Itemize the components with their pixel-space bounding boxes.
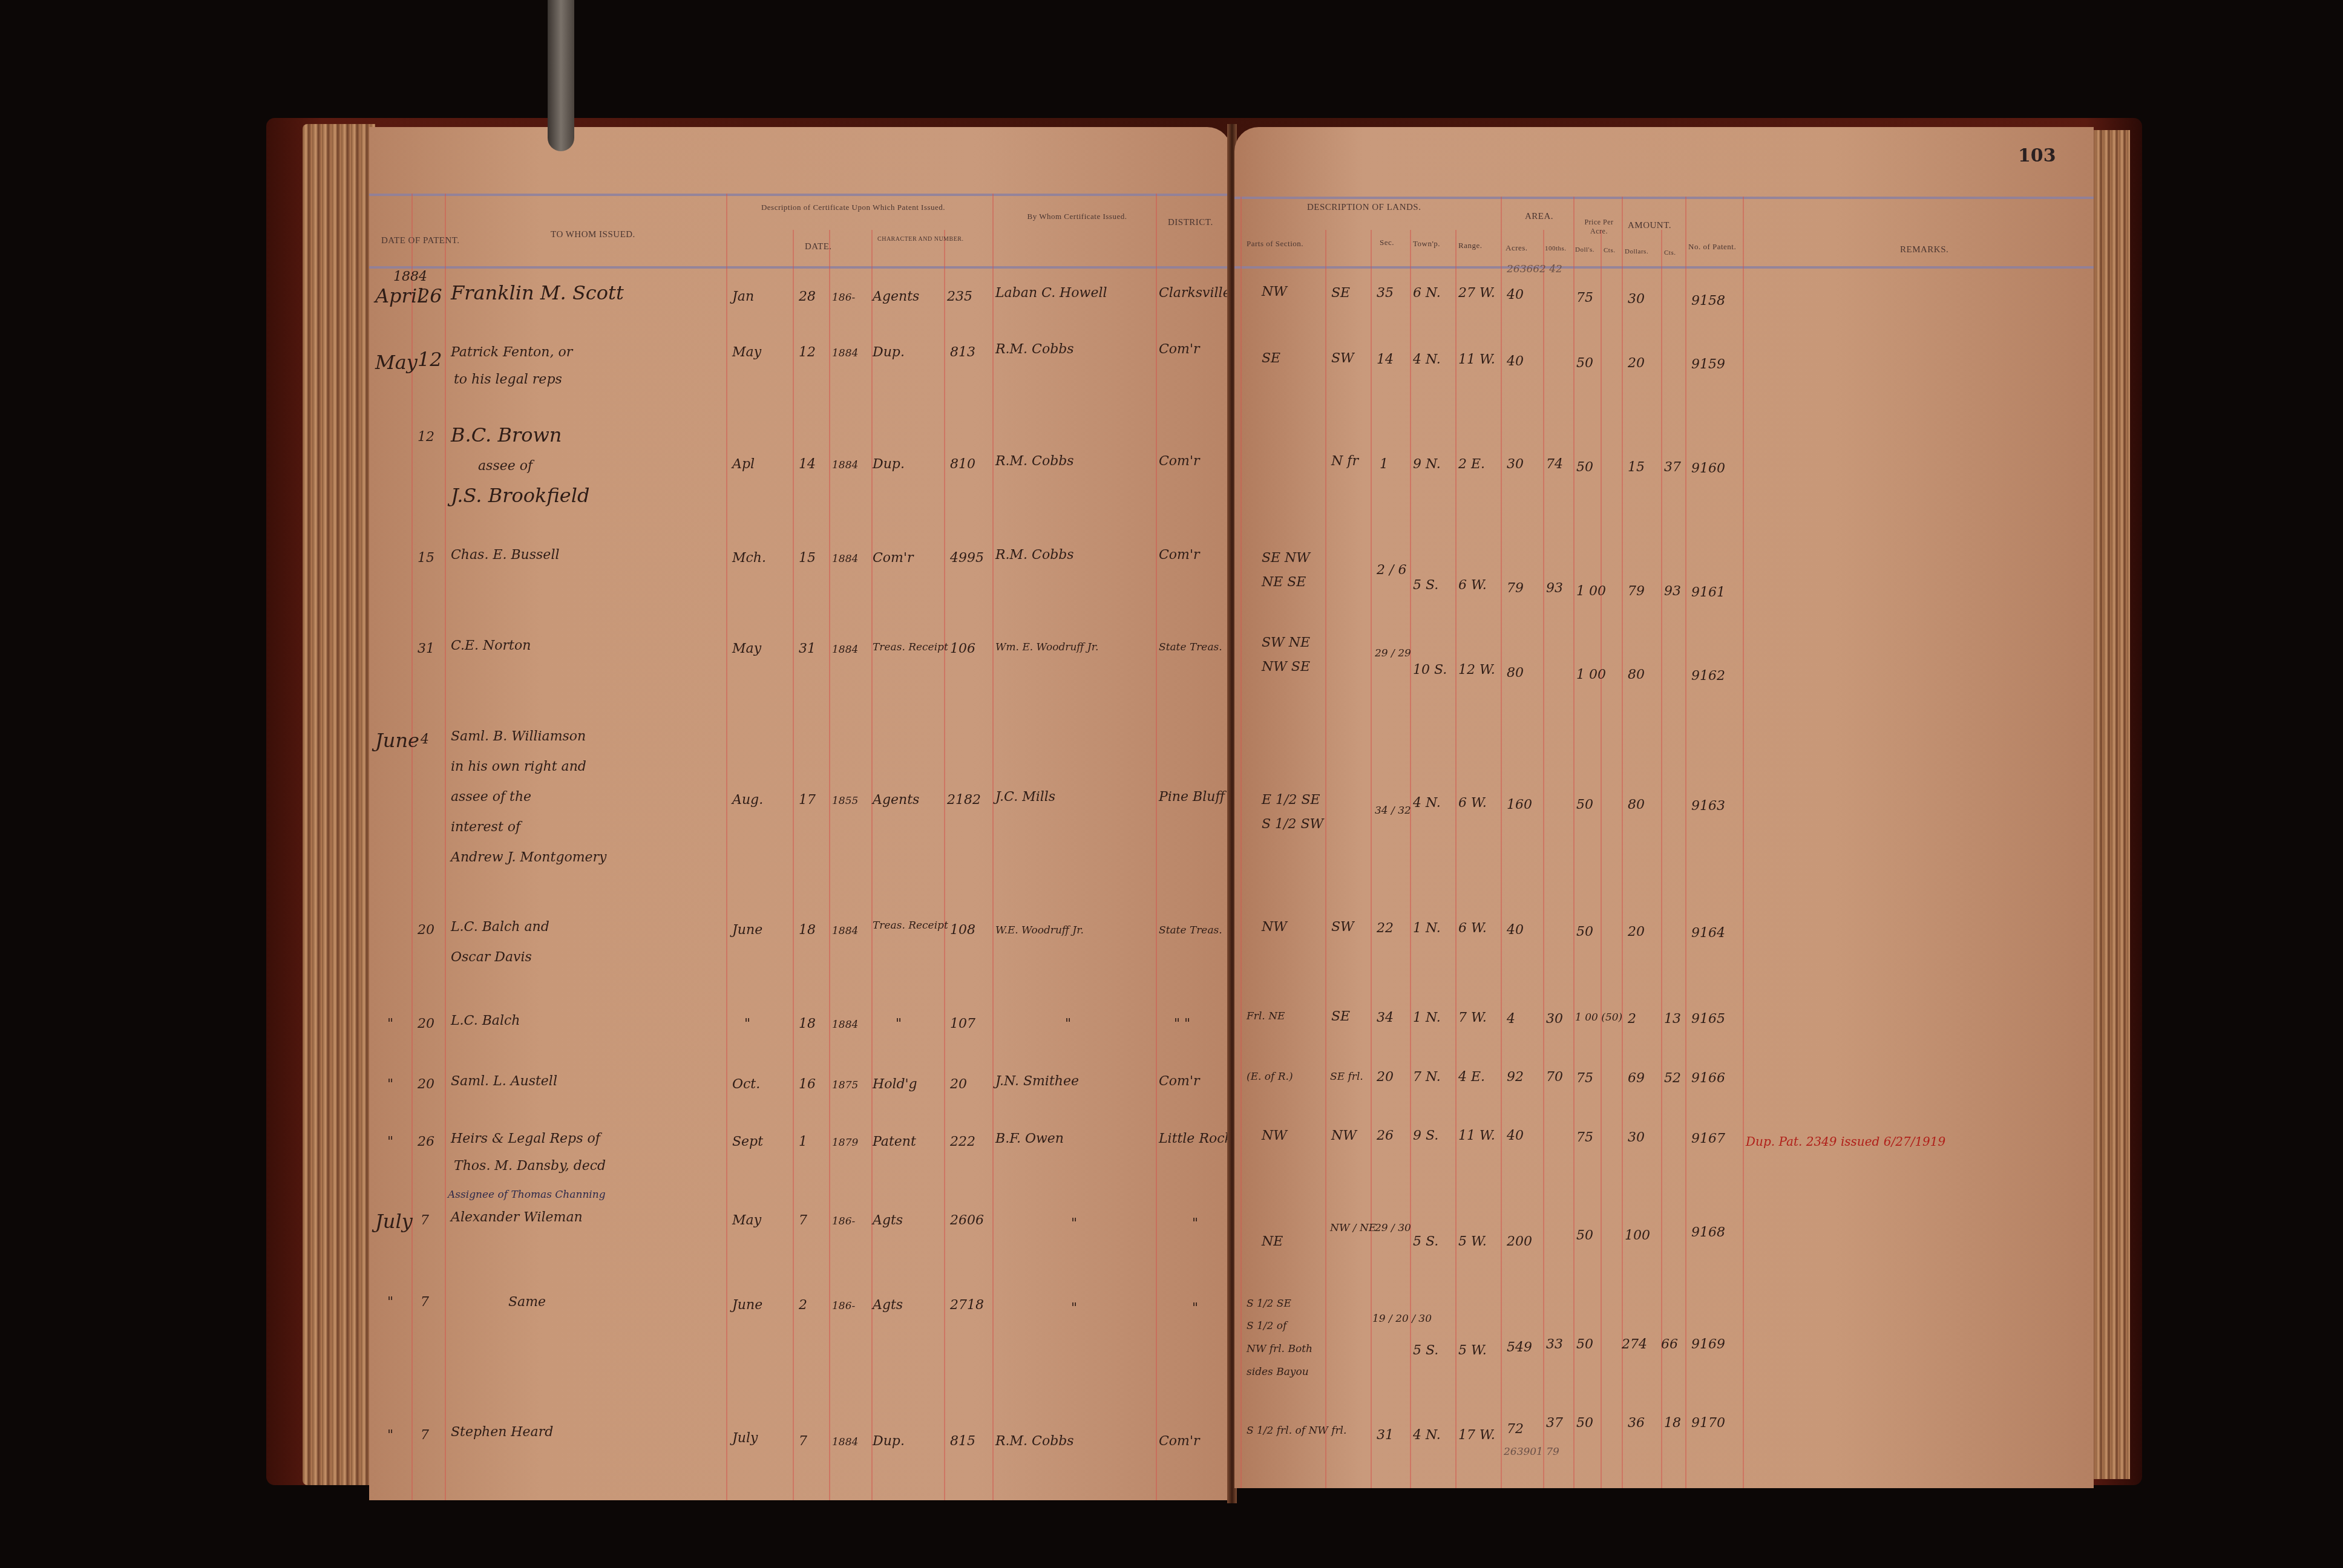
- entry-cert-month: May: [732, 641, 761, 656]
- entry-by-whom: R.M. Cobbs: [995, 454, 1074, 469]
- entry-cert-type: Treas. Receipt: [873, 641, 948, 653]
- col-rule: [1601, 230, 1602, 1488]
- entry-month: ": [387, 1077, 393, 1092]
- entry-by-whom: Wm. E. Woodruff Jr.: [995, 641, 1098, 653]
- entry-district: Com'r: [1159, 342, 1200, 357]
- entry-cert-no: 813: [950, 345, 975, 360]
- entry-cert-no: 2718: [950, 1298, 984, 1313]
- entry-range: 12 W.: [1458, 662, 1495, 678]
- entry-name-annotation: Assignee of Thomas Channing: [448, 1189, 606, 1201]
- header-price-cts: Cts.: [1604, 247, 1615, 254]
- left-page: DATE OF PATENT. TO WHOM ISSUED. Descript…: [369, 127, 1231, 1500]
- entry-acres: 160: [1507, 797, 1532, 812]
- header-top-rule: [1234, 197, 2094, 199]
- entry-name: Saml. L. Austell: [451, 1074, 557, 1089]
- entry-range: 4 E.: [1458, 1070, 1485, 1085]
- entry-price: 50: [1576, 460, 1593, 475]
- entry-hundredths: 93: [1546, 581, 1563, 596]
- entry-acres: 200: [1507, 1234, 1532, 1249]
- col-rule: [1325, 230, 1326, 1488]
- col-rule: [411, 194, 413, 1500]
- entry-day: 15: [418, 550, 434, 566]
- entry-cert-year: 1884: [832, 1019, 858, 1031]
- entry-cert-type: Agts: [873, 1213, 903, 1228]
- entry-sec: 34: [1377, 1010, 1394, 1025]
- entry-cert-day: 7: [799, 1213, 807, 1228]
- entry-amount-dollars: 30: [1628, 292, 1645, 307]
- year-label: 1884: [393, 269, 427, 284]
- entry-range: 6 W.: [1458, 578, 1487, 593]
- entry-township: 6 N.: [1413, 286, 1441, 301]
- entry-name: Franklin M. Scott: [451, 281, 624, 304]
- entry-acres: 92: [1507, 1070, 1524, 1085]
- entry-township: 4 N.: [1413, 1428, 1441, 1443]
- entry-cert-month: May: [732, 1213, 761, 1228]
- entry-name-line5: Andrew J. Montgomery: [451, 850, 607, 865]
- entry-part: NW: [1262, 920, 1287, 935]
- entry-cert-day: 15: [799, 550, 816, 566]
- entry-month: ": [387, 1295, 393, 1310]
- entry-part: sides Bayou: [1247, 1366, 1309, 1378]
- page-edges-left: [303, 124, 375, 1485]
- entry-district: Com'r: [1159, 1074, 1200, 1089]
- entry-sec: 34 / 32: [1375, 805, 1411, 817]
- entry-township: 1 N.: [1413, 1010, 1441, 1025]
- entry-cert-day: 31: [799, 641, 816, 656]
- entry-acres: 40: [1507, 923, 1524, 938]
- entry-cert-type: Agents: [873, 289, 919, 304]
- entry-name: Same: [508, 1295, 546, 1310]
- entry-cert-year: 1855: [832, 795, 858, 807]
- entry-acres: 40: [1507, 1128, 1524, 1143]
- entry-price: 50: [1576, 1228, 1593, 1243]
- entry-cert-year: 186-: [832, 292, 855, 304]
- entry-amount-dollars: 36: [1628, 1416, 1645, 1431]
- entry-hundredths: 70: [1546, 1070, 1563, 1085]
- entry-cert-type: Patent: [873, 1134, 916, 1149]
- entry-cert-type: Agts: [873, 1298, 903, 1313]
- entry-part: S 1/2 SW: [1262, 817, 1323, 832]
- header-bottom-rule: [369, 266, 1231, 269]
- entry-by-whom: ": [1065, 1016, 1071, 1031]
- entry-day: 20: [418, 923, 434, 938]
- entry-name: Alexander Wileman: [451, 1210, 583, 1225]
- entry-cert-no: 235: [947, 289, 972, 304]
- entry-remarks: Dup. Pat. 2349 issued 6/27/1919: [1746, 1134, 1945, 1149]
- entry-cert-month: June: [732, 1298, 762, 1313]
- entry-cert-day: 1: [799, 1134, 807, 1149]
- entry-acres: 80: [1507, 665, 1524, 681]
- entry-patent-no: 9170: [1691, 1416, 1725, 1431]
- entry-range: 6 W.: [1458, 921, 1487, 936]
- entry-name: Stephen Heard: [451, 1425, 553, 1440]
- entry-name-line2: Thos. M. Dansby, decd: [454, 1158, 606, 1174]
- entry-district: Com'r: [1159, 1434, 1200, 1449]
- entry-cert-year: 1875: [832, 1079, 858, 1091]
- entry-cert-year: 1884: [832, 553, 858, 565]
- entry-name: Chas. E. Bussell: [451, 547, 559, 563]
- running-total-bottom: 263901 79: [1504, 1446, 1559, 1458]
- entry-part: SE frl.: [1330, 1071, 1363, 1083]
- entry-hundredths: 33: [1546, 1337, 1563, 1352]
- entry-acres: 30: [1507, 457, 1524, 472]
- entry-part: NW: [1262, 1128, 1287, 1143]
- entry-cert-type: Dup.: [873, 345, 905, 360]
- col-rule: [944, 230, 945, 1500]
- entry-name-line4: interest of: [451, 820, 520, 835]
- entry-amount-dollars: 15: [1628, 460, 1645, 475]
- entry-township: 5 S.: [1413, 1343, 1438, 1358]
- header-date-of-patent: DATE OF PATENT.: [381, 236, 460, 246]
- entry-by-whom: J.N. Smithee: [995, 1074, 1079, 1089]
- entry-amount-dollars: 80: [1628, 797, 1645, 812]
- entry-part: NW / NE: [1330, 1222, 1376, 1234]
- entry-part: NW: [1331, 1128, 1357, 1143]
- entry-district: Little Rock: [1159, 1131, 1231, 1146]
- header-parts-of-section: Parts of Section.: [1247, 239, 1303, 249]
- col-rule: [1743, 197, 1744, 1488]
- entry-price: 1 00 (50): [1575, 1011, 1622, 1024]
- entry-range: 27 W.: [1458, 286, 1495, 301]
- entry-range: 5 W.: [1458, 1343, 1487, 1358]
- header-no-of-patent: No. of Patent.: [1688, 242, 1736, 252]
- entry-cert-year: 1884: [832, 644, 858, 656]
- header-area: AREA.: [1525, 212, 1553, 222]
- entry-part: SW: [1331, 920, 1354, 935]
- entry-part: S 1/2 of: [1247, 1320, 1286, 1332]
- col-rule: [1661, 230, 1662, 1488]
- entry-part: (E. of R.): [1247, 1071, 1293, 1083]
- entry-part: S 1/2 SE: [1247, 1298, 1291, 1310]
- entry-acres: 549: [1507, 1340, 1532, 1355]
- entry-acres: 40: [1507, 354, 1524, 369]
- entry-amount-cts: 18: [1664, 1416, 1681, 1431]
- entry-month: ": [387, 1134, 393, 1149]
- entry-price: 50: [1576, 1337, 1593, 1352]
- col-rule: [1156, 194, 1157, 1500]
- entry-part: SE NW: [1262, 550, 1310, 566]
- entry-cert-no: 20: [950, 1077, 967, 1092]
- header-remarks: REMARKS.: [1900, 245, 1948, 255]
- entry-amount-cts: 13: [1664, 1011, 1681, 1027]
- entry-patent-no: 9159: [1691, 357, 1725, 372]
- col-rule: [1543, 230, 1544, 1488]
- entry-part: NW frl. Both: [1247, 1343, 1312, 1355]
- entry-cert-type: ": [896, 1016, 902, 1031]
- entry-district: Com'r: [1159, 547, 1200, 563]
- header-acres: Acres.: [1506, 243, 1528, 253]
- entry-amount-dollars: 2: [1628, 1011, 1636, 1027]
- entry-township: 4 N.: [1413, 352, 1441, 367]
- entry-sec: 20: [1377, 1070, 1394, 1085]
- entry-township: 4 N.: [1413, 795, 1441, 811]
- entry-day: 12: [418, 430, 434, 445]
- entry-sec: 26: [1377, 1128, 1394, 1143]
- entry-amount-cts: 93: [1664, 584, 1681, 599]
- entry-patent-no: 9166: [1691, 1071, 1725, 1086]
- entry-by-whom: R.M. Cobbs: [995, 342, 1074, 357]
- entry-by-whom: Laban C. Howell: [995, 286, 1107, 301]
- entry-name: Heirs & Legal Reps of: [451, 1131, 600, 1146]
- entry-cert-day: 18: [799, 923, 816, 938]
- entry-cert-month: July: [732, 1431, 758, 1446]
- entry-range: 7 W.: [1458, 1010, 1487, 1025]
- col-rule: [1455, 230, 1457, 1488]
- bookmark-blade: [548, 0, 574, 151]
- entry-district: State Treas.: [1159, 641, 1222, 653]
- entry-price: 50: [1576, 797, 1593, 812]
- entry-price: 75: [1576, 1071, 1593, 1086]
- entry-price: 50: [1576, 356, 1593, 371]
- entry-name-line3: J.S. Brookfield: [451, 484, 589, 507]
- entry-acres: 72: [1507, 1422, 1524, 1437]
- entry-sec: 2 / 6: [1377, 563, 1406, 578]
- header-description-of-lands: DESCRIPTION OF LANDS.: [1307, 203, 1421, 213]
- entry-day: 31: [418, 641, 434, 656]
- header-township: Town'p.: [1413, 239, 1440, 249]
- col-rule: [445, 194, 446, 1500]
- col-rule: [1622, 197, 1623, 1488]
- entry-day: 26: [418, 284, 442, 307]
- header-range: Range.: [1458, 241, 1482, 250]
- entry-by-whom: J.C. Mills: [995, 789, 1055, 805]
- entry-patent-no: 9167: [1691, 1131, 1725, 1146]
- entry-cert-month: May: [732, 345, 761, 360]
- entry-range: 5 W.: [1458, 1234, 1487, 1249]
- header-cert-date: DATE.: [805, 242, 832, 252]
- entry-cert-day: 14: [799, 457, 816, 472]
- entry-amount-dollars: 274: [1622, 1337, 1647, 1352]
- entry-part: NW SE: [1262, 659, 1310, 675]
- entry-district: Clarksville: [1159, 286, 1231, 301]
- entry-cert-no: 815: [950, 1434, 975, 1449]
- entry-name: C.E. Norton: [451, 638, 531, 653]
- header-certificate-group: Description of Certificate Upon Which Pa…: [732, 203, 974, 212]
- entry-month: July: [375, 1210, 413, 1233]
- entry-sec: 19 / 20 / 30: [1372, 1313, 1432, 1325]
- col-rule: [829, 230, 830, 1500]
- entry-name-line3: assee of the: [451, 789, 531, 805]
- entry-cert-type: Agents: [873, 792, 919, 808]
- entry-amount-cts: 37: [1664, 460, 1681, 475]
- entry-amount-dollars: 80: [1628, 667, 1645, 682]
- entry-part: NE: [1262, 1234, 1283, 1249]
- entry-by-whom: W.E. Woodruff Jr.: [995, 924, 1084, 936]
- header-amount-dollars: Dollars.: [1625, 248, 1648, 255]
- col-rule: [1240, 197, 1242, 1488]
- entry-sec: 35: [1377, 286, 1394, 301]
- entry-part: SE: [1331, 1009, 1350, 1024]
- entry-price: 50: [1576, 1416, 1593, 1431]
- entry-by-whom: R.M. Cobbs: [995, 1434, 1074, 1449]
- entry-amount-dollars: 69: [1628, 1071, 1645, 1086]
- header-amount: AMOUNT.: [1628, 221, 1671, 231]
- entry-day: 7: [421, 1295, 429, 1310]
- entry-day: 7: [421, 1213, 429, 1228]
- entry-price: 75: [1576, 1130, 1593, 1145]
- entry-month: ": [387, 1016, 393, 1031]
- entry-patent-no: 9161: [1691, 585, 1725, 600]
- entry-cert-month: Apl: [732, 457, 755, 472]
- entry-township: 5 S.: [1413, 1234, 1438, 1249]
- entry-cert-type: Dup.: [873, 457, 905, 472]
- entry-day: 4: [421, 732, 429, 747]
- entry-price: 50: [1576, 924, 1593, 939]
- header-bottom-rule: [1234, 266, 2094, 269]
- entry-by-whom: B.F. Owen: [995, 1131, 1064, 1146]
- entry-amount-dollars: 30: [1628, 1130, 1645, 1145]
- entry-part: Frl. NE: [1247, 1010, 1285, 1022]
- entry-sec: 22: [1377, 921, 1394, 936]
- entry-cert-day: 28: [799, 289, 816, 304]
- entry-acres: 79: [1507, 581, 1524, 596]
- entry-month: April: [375, 284, 423, 307]
- col-rule: [1371, 230, 1372, 1488]
- entry-hundredths: 30: [1546, 1011, 1563, 1027]
- entry-amount-cts: 52: [1664, 1071, 1681, 1086]
- entry-cert-no: 4995: [950, 550, 984, 566]
- entry-hundredths: 37: [1546, 1416, 1563, 1431]
- entry-month: May: [375, 351, 418, 374]
- entry-township: 9 S.: [1413, 1128, 1438, 1143]
- entry-cert-day: 17: [799, 792, 816, 808]
- entry-cert-type: Dup.: [873, 1434, 905, 1449]
- entry-part: SE: [1331, 286, 1350, 301]
- entry-cert-month: Jan: [732, 289, 754, 304]
- entry-cert-year: 1884: [832, 459, 858, 471]
- entry-township: 9 N.: [1413, 457, 1441, 472]
- entry-name-line2: in his own right and: [451, 759, 586, 774]
- entry-acres: 40: [1507, 287, 1524, 302]
- entry-cert-day: 16: [799, 1077, 816, 1092]
- entry-day: 7: [421, 1428, 429, 1443]
- entry-name: L.C. Balch: [451, 1013, 520, 1028]
- header-to-whom-issued: TO WHOM ISSUED.: [551, 230, 635, 240]
- entry-part: SW: [1331, 351, 1354, 366]
- entry-price: 1 00: [1576, 667, 1606, 682]
- entry-cert-day: 2: [799, 1298, 807, 1313]
- entry-range: 11 W.: [1458, 1128, 1495, 1143]
- col-rule: [1410, 230, 1411, 1488]
- entry-day: 20: [418, 1077, 434, 1092]
- entry-cert-no: 222: [950, 1134, 975, 1149]
- entry-amount-dollars: 79: [1628, 584, 1645, 599]
- entry-cert-month: Sept: [732, 1134, 763, 1149]
- entry-by-whom: R.M. Cobbs: [995, 547, 1074, 563]
- entry-month: ": [387, 1428, 393, 1443]
- entry-cert-no: 108: [950, 923, 975, 938]
- entry-price: 75: [1576, 290, 1593, 305]
- right-page: 103 DESCRIPTION OF LANDS. Parts of Secti…: [1234, 127, 2094, 1488]
- header-price-per-acre: Price Per Acre.: [1576, 218, 1622, 236]
- entry-part: SW NE: [1262, 635, 1310, 650]
- entry-sec: 29 / 29: [1375, 647, 1411, 659]
- entry-cert-month: Oct.: [732, 1077, 760, 1092]
- entry-name-line2: to his legal reps: [454, 372, 562, 387]
- entry-sec: 31: [1377, 1428, 1394, 1443]
- entry-amount-dollars: 20: [1628, 356, 1645, 371]
- entry-cert-type: Treas. Receipt: [873, 920, 948, 932]
- entry-name-line2: Oscar Davis: [451, 950, 532, 965]
- col-rule: [726, 194, 727, 1500]
- entry-acres: 4: [1507, 1011, 1515, 1027]
- entry-name: L.C. Balch and: [451, 920, 549, 935]
- entry-price: 1 00: [1576, 584, 1606, 599]
- col-rule: [1573, 197, 1575, 1488]
- entry-township: 1 N.: [1413, 921, 1441, 936]
- entry-name: Saml. B. Williamson: [451, 729, 586, 744]
- entry-cert-no: 2182: [947, 792, 981, 808]
- page-number: 103: [2018, 145, 2056, 166]
- entry-name: Patrick Fenton, or: [451, 345, 572, 360]
- entry-patent-no: 9164: [1691, 926, 1725, 941]
- entry-range: 11 W.: [1458, 352, 1495, 367]
- entry-part: E 1/2 SE: [1262, 792, 1320, 808]
- running-total-top: 263662 42: [1507, 263, 1562, 275]
- entry-cert-year: 1879: [832, 1137, 858, 1149]
- entry-patent-no: 9162: [1691, 668, 1725, 684]
- entry-amount-dollars: 100: [1625, 1228, 1650, 1243]
- header-by-whom: By Whom Certificate Issued.: [1011, 212, 1144, 221]
- entry-patent-no: 9160: [1691, 461, 1725, 476]
- entry-part: SE: [1262, 351, 1280, 366]
- entry-cert-month: Aug.: [732, 792, 763, 808]
- entry-cert-no: 106: [950, 641, 975, 656]
- header-cert-character: CHARACTER AND NUMBER.: [877, 236, 963, 243]
- entry-patent-no: 9163: [1691, 799, 1725, 814]
- entry-month: June: [375, 729, 419, 752]
- entry-district: Com'r: [1159, 454, 1200, 469]
- entry-cert-no: 107: [950, 1016, 975, 1031]
- entry-district: ": [1192, 1301, 1198, 1316]
- entry-cert-type: Com'r: [873, 550, 914, 566]
- entry-district: State Treas.: [1159, 924, 1222, 936]
- entry-range: 17 W.: [1458, 1428, 1495, 1443]
- entry-cert-type: Hold'g: [873, 1077, 917, 1092]
- header-top-rule: [369, 194, 1231, 196]
- entry-patent-no: 9165: [1691, 1011, 1725, 1027]
- entry-part: S 1/2 frl. of NW frl.: [1247, 1425, 1346, 1437]
- col-rule: [1501, 197, 1502, 1488]
- col-rule: [793, 230, 794, 1500]
- entry-range: 6 W.: [1458, 795, 1487, 811]
- header-amount-cts: Cts.: [1664, 249, 1676, 256]
- entry-range: 2 E.: [1458, 457, 1485, 472]
- entry-day: 20: [418, 1016, 434, 1031]
- page-edges-right: [2088, 130, 2130, 1479]
- entry-cert-year: 1884: [832, 925, 858, 937]
- entry-part: NW: [1262, 284, 1287, 299]
- entry-township: 5 S.: [1413, 578, 1438, 593]
- entry-by-whom: ": [1071, 1216, 1077, 1231]
- col-rule: [1685, 197, 1686, 1488]
- entry-sec: 29 / 30: [1375, 1222, 1411, 1234]
- entry-amount-cts: 66: [1661, 1337, 1678, 1352]
- entry-hundredths: 74: [1546, 457, 1563, 472]
- header-price-dolls: Doll's.: [1575, 246, 1594, 253]
- entry-part: N fr: [1331, 454, 1358, 469]
- entry-district: Pine Bluff: [1159, 789, 1225, 805]
- entry-cert-month: ": [744, 1016, 750, 1031]
- entry-day: 12: [418, 348, 442, 371]
- entry-cert-year: 1884: [832, 347, 858, 359]
- entry-by-whom: ": [1071, 1301, 1077, 1316]
- entry-cert-day: 12: [799, 345, 816, 360]
- entry-cert-no: 810: [950, 457, 975, 472]
- entry-sec: 1: [1380, 457, 1388, 472]
- entry-day: 26: [418, 1134, 434, 1149]
- entry-cert-month: June: [732, 923, 762, 938]
